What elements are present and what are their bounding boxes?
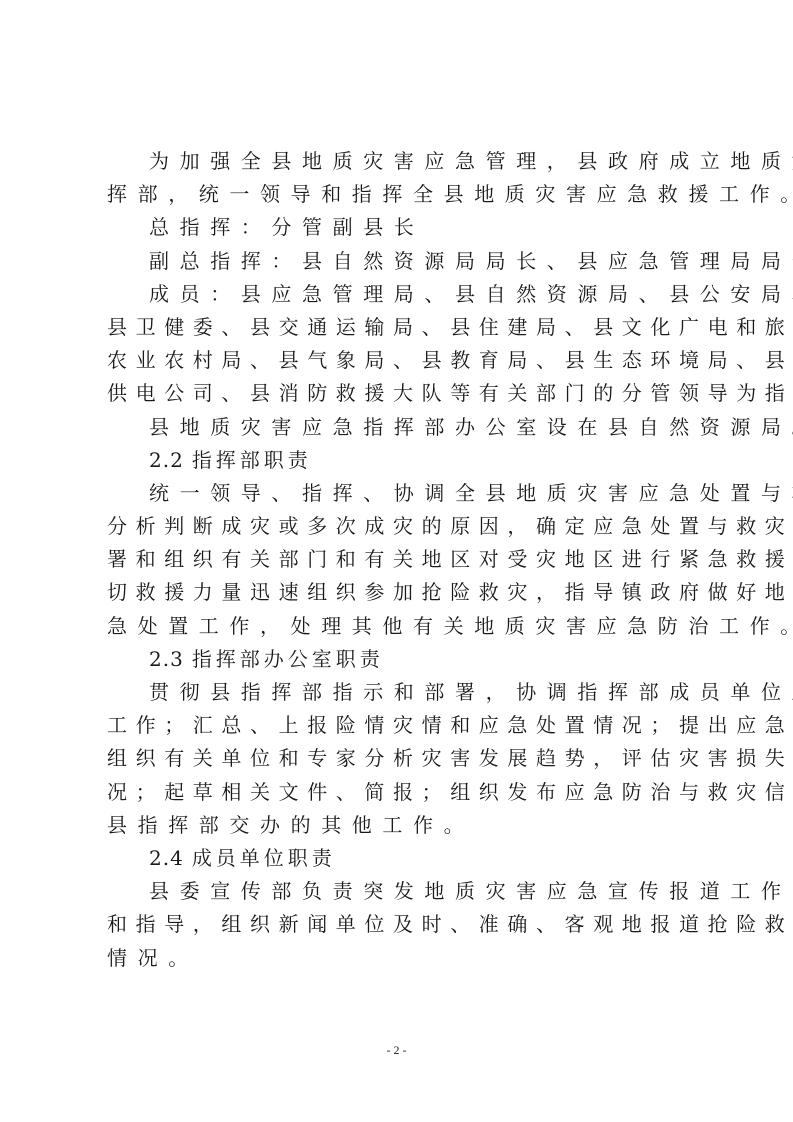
paragraph-line: 况；起草相关文件、简报；组织发布应急防治与救灾信息；承担: [107, 776, 693, 809]
paragraph-line: 工作；汇总、上报险情灾情和应急处置情况；提出应急处置方案；: [107, 709, 693, 742]
deputy-commander-line: 副总指挥：县自然资源局局长、县应急管理局局长: [107, 245, 693, 278]
section-heading-2-2: 2.2指挥部职责: [107, 444, 693, 477]
paragraph-line: 情况。: [107, 942, 693, 975]
members-line: 县卫健委、县交通运输局、县住建局、县文化广电和旅游局、县: [107, 311, 693, 344]
paragraph-line: 县委宣传部负责突发地质灾害应急宣传报道工作，加强协调: [107, 875, 693, 908]
paragraph-line: 署和组织有关部门和有关地区对受灾地区进行紧急救援，协调一: [107, 543, 693, 576]
section-heading-2-3: 2.3指挥部办公室职责: [107, 643, 693, 676]
members-line: 农业农村局、县气象局、县教育局、县生态环境局、县委宣传部、: [107, 344, 693, 377]
paragraph-line: 县指挥部交办的其他工作。: [107, 809, 693, 842]
page-number: - 2 -: [0, 1043, 793, 1058]
paragraph-line: 贯彻县指挥部指示和部署，协调指挥部成员单位之间的应急: [107, 676, 693, 709]
section-title: 指挥部办公室职责: [192, 647, 384, 671]
members-line: 供电公司、县消防救援大队等有关部门的分管领导为指挥部成员。: [107, 377, 693, 410]
paragraph-line: 组织有关单位和专家分析灾害发展趋势，评估灾害损失及影响情: [107, 742, 693, 775]
paragraph-line: 挥部，统一领导和指挥全县地质灾害应急救援工作。: [107, 178, 693, 211]
section-number: 2.2: [149, 448, 184, 472]
paragraph-line: 和指导，组织新闻单位及时、准确、客观地报道抢险救灾的工作: [107, 908, 693, 941]
members-line: 成员：县应急管理局、县自然资源局、县公安局、县财政局、: [107, 278, 693, 311]
paragraph-line: 统一领导、指挥、协调全县地质灾害应急处置与救援工作，: [107, 477, 693, 510]
paragraph-line: 急处置工作，处理其他有关地质灾害应急防治工作。: [107, 610, 693, 643]
paragraph-line: 分析判断成灾或多次成灾的原因，确定应急处置与救灾方案，部: [107, 510, 693, 543]
document-page: 为加强全县地质灾害应急管理，县政府成立地质灾害应急指 挥部，统一领导和指挥全县地…: [107, 145, 693, 975]
paragraph-line: 为加强全县地质灾害应急管理，县政府成立地质灾害应急指: [107, 145, 693, 178]
section-number: 2.4: [149, 846, 184, 870]
section-title: 成员单位职责: [192, 846, 336, 870]
office-line: 县地质灾害应急指挥部办公室设在县自然资源局。: [107, 411, 693, 444]
section-heading-2-4: 2.4成员单位职责: [107, 842, 693, 875]
section-number: 2.3: [149, 647, 184, 671]
section-title: 指挥部职责: [192, 448, 312, 472]
paragraph-line: 切救援力量迅速组织参加抢险救灾，指导镇政府做好地质灾害应: [107, 576, 693, 609]
commander-line: 总指挥：分管副县长: [107, 211, 693, 244]
